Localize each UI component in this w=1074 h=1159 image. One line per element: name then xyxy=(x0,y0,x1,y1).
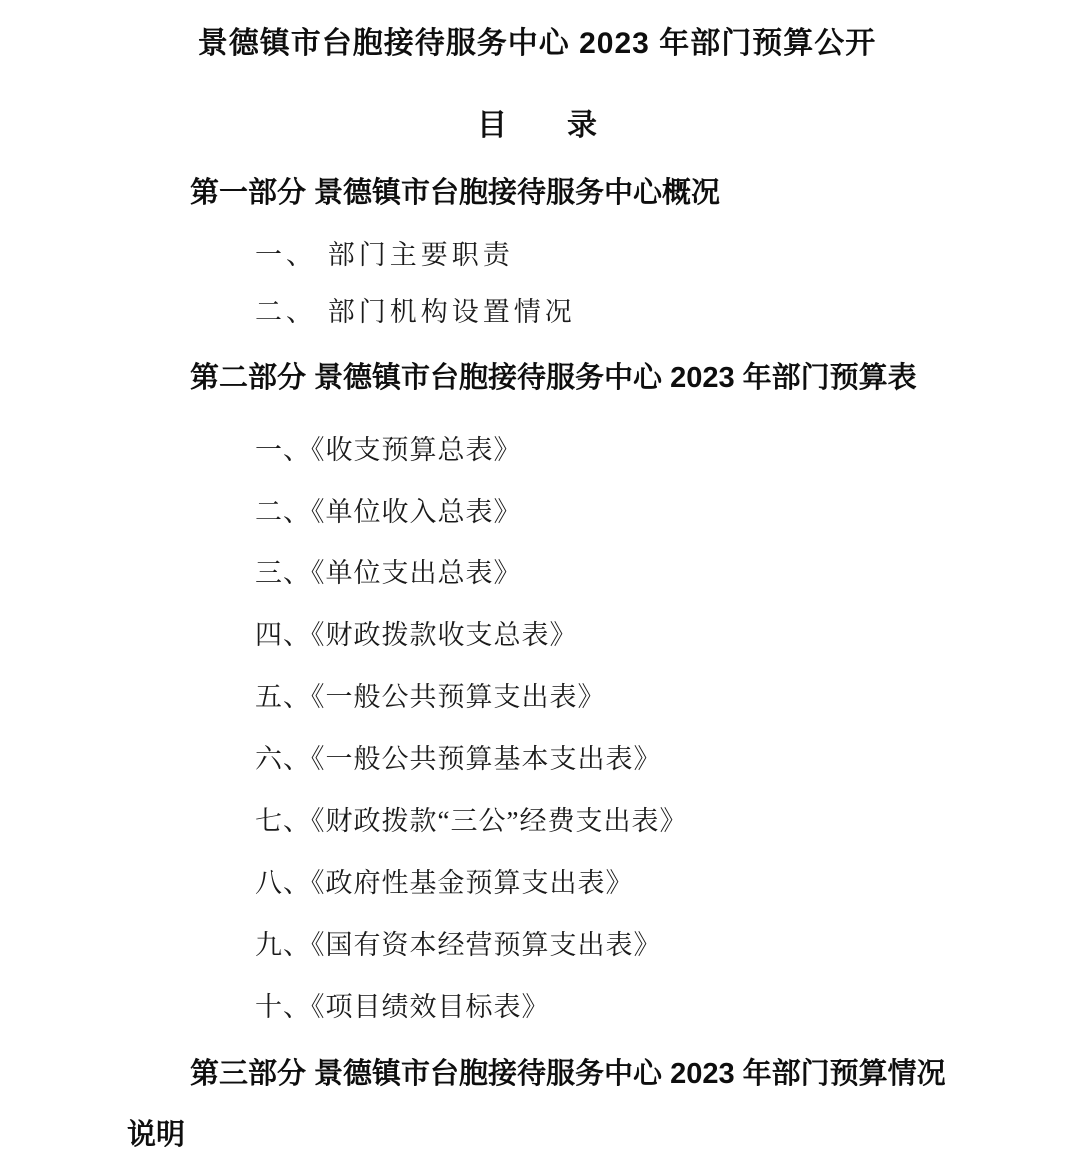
toc-part2-item-7: 七、《财政拨款“三公”经费支出表》 xyxy=(255,806,687,837)
toc-part2-item-5: 五、《一般公共预算支出表》 xyxy=(255,682,606,713)
toc-part2-item-1: 一、《收支预算总表》 xyxy=(255,435,522,466)
document-title: 景德镇市台胞接待服务中心 2023 年部门预算公开 xyxy=(0,27,1074,62)
toc-heading: 目 录 xyxy=(0,109,1074,144)
toc-part1-item-2: 二、 部门机构设置情况 xyxy=(255,297,576,328)
toc-part1-heading: 第一部分 景德镇市台胞接待服务中心概况 xyxy=(190,177,720,210)
toc-part3-heading: 第三部分 景德镇市台胞接待服务中心 2023 年部门预算情况 xyxy=(190,1058,946,1091)
toc-part3-heading-continuation: 说明 xyxy=(127,1119,185,1152)
toc-part2-item-10: 十、《项目绩效目标表》 xyxy=(255,992,550,1023)
document-page: 景德镇市台胞接待服务中心 2023 年部门预算公开 目 录 第一部分 景德镇市台… xyxy=(0,0,1074,1159)
toc-part2-item-3: 三、《单位支出总表》 xyxy=(255,558,522,589)
toc-part2-item-9: 九、《国有资本经营预算支出表》 xyxy=(255,930,662,961)
toc-part2-item-6: 六、《一般公共预算基本支出表》 xyxy=(255,744,662,775)
toc-part2-item-2: 二、《单位收入总表》 xyxy=(255,497,522,528)
toc-part1-item-1: 一、 部门主要职责 xyxy=(255,240,514,271)
toc-part2-heading: 第二部分 景德镇市台胞接待服务中心 2023 年部门预算表 xyxy=(190,362,917,395)
toc-part2-item-8: 八、《政府性基金预算支出表》 xyxy=(255,868,634,899)
toc-part2-item-4: 四、《财政拨款收支总表》 xyxy=(255,620,578,651)
